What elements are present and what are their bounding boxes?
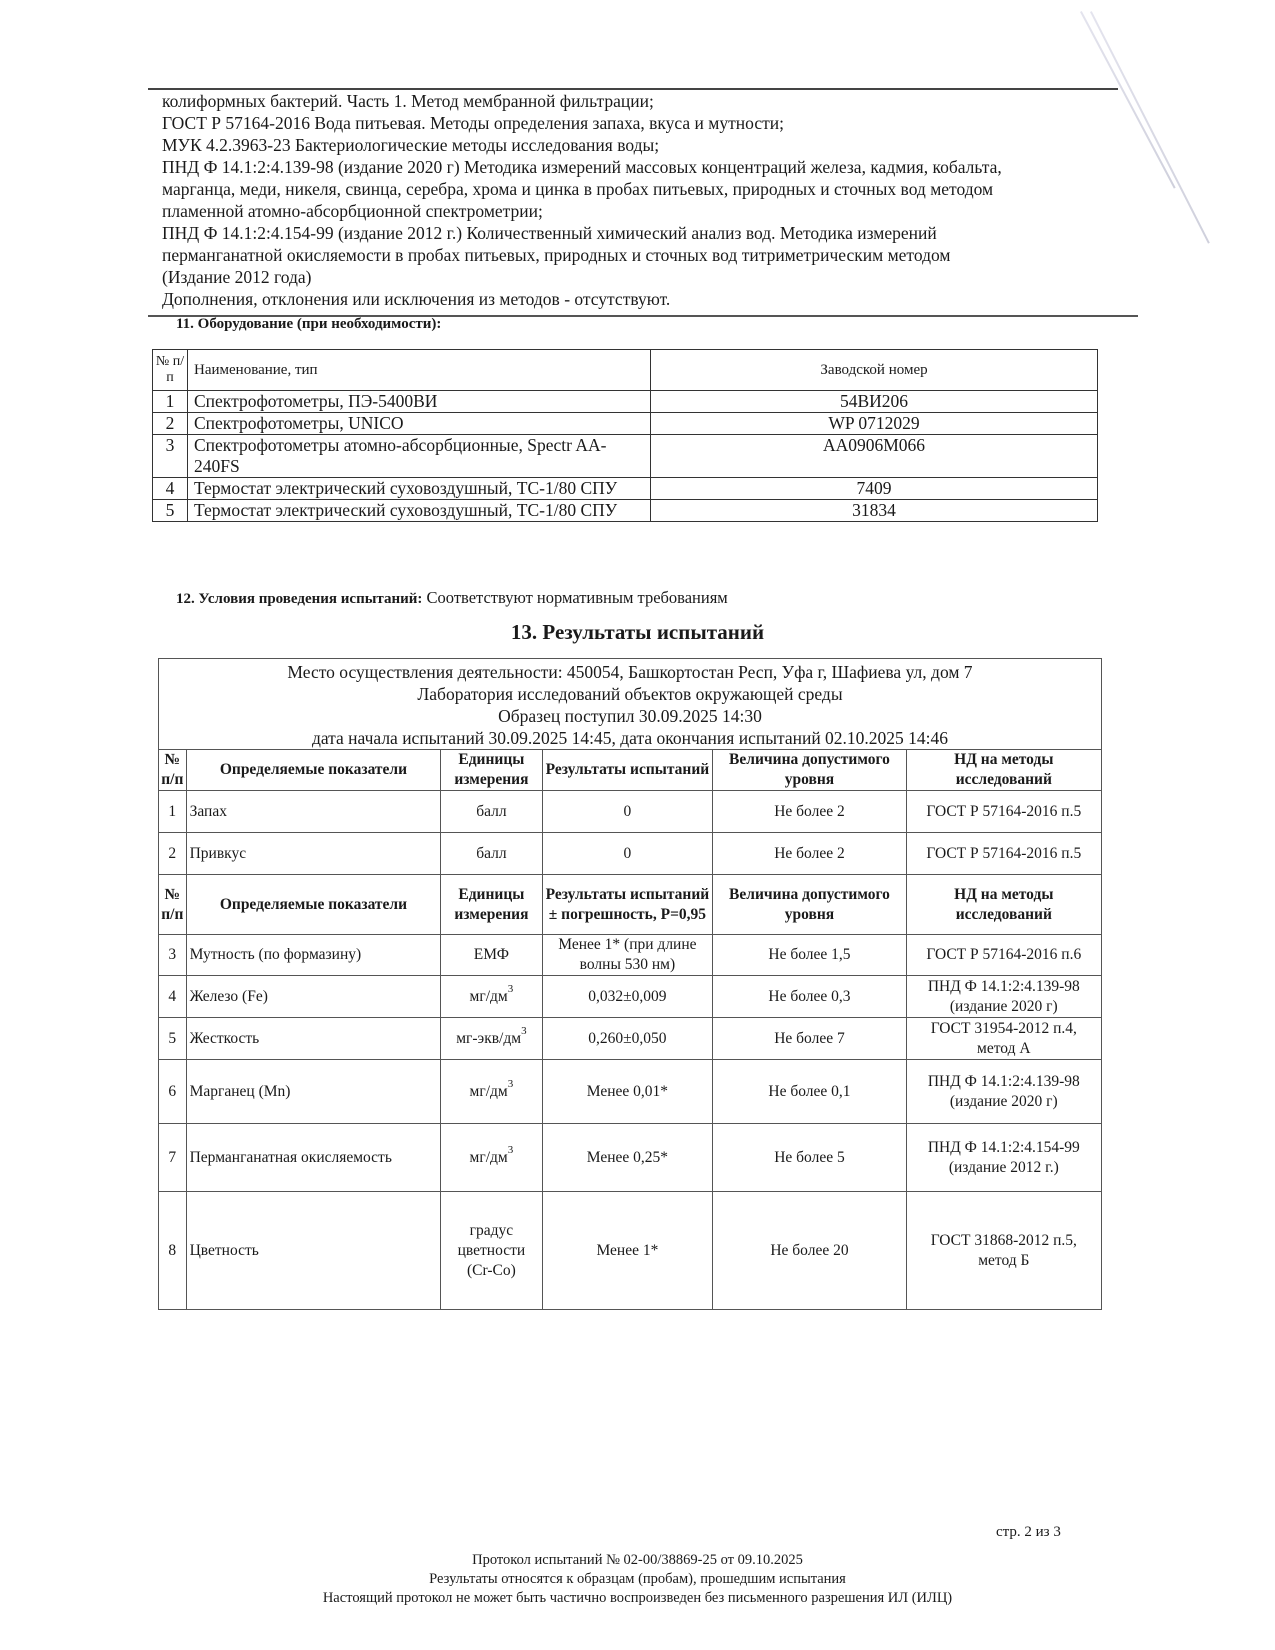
- results-row: 6Марганец (Mn)мг/дм3Менее 0,01*Не более …: [159, 1060, 1102, 1124]
- conditions-label: 12. Условия проведения испытаний:: [176, 591, 422, 607]
- equipment-row-serial: WP 0712029: [651, 413, 1098, 435]
- page-number: стр. 2 из 3: [996, 1524, 1061, 1541]
- results-cell-unit: ЕМФ: [441, 935, 542, 976]
- unit-text: мг/дм: [470, 988, 508, 1005]
- results-header-nd: НД на методы исследований: [906, 750, 1101, 791]
- equipment-row-num: 1: [153, 391, 188, 413]
- results-row: 7Перманганатная окисляемостьмг/дм3Менее …: [159, 1124, 1102, 1192]
- protocol-number: Протокол испытаний № 02-00/38869-25 от 0…: [0, 1551, 1275, 1570]
- results-cell-name: Привкус: [186, 833, 441, 875]
- unit-text: мг-экв/дм: [456, 1030, 521, 1047]
- results-table-body: Место осуществления деятельности: 450054…: [159, 659, 1102, 1310]
- results-header-unit: Единицы измерения: [441, 875, 542, 935]
- results-cell-num: 5: [159, 1018, 187, 1060]
- results-cell-limit: Не более 1,5: [713, 935, 906, 976]
- methods-list: колиформных бактерий. Часть 1. Метод мем…: [162, 90, 1122, 310]
- equipment-row-serial: 7409: [651, 478, 1098, 500]
- page-footer: Протокол испытаний № 02-00/38869-25 от 0…: [0, 1551, 1275, 1608]
- results-cell-unit: балл: [441, 791, 542, 833]
- results-section-title: 13. Результаты испытаний: [0, 620, 1275, 645]
- unit-text: ЕМФ: [474, 946, 509, 963]
- results-header-row: № п/пОпределяемые показателиЕдиницы изме…: [159, 875, 1102, 935]
- results-header-name: Определяемые показатели: [186, 750, 441, 791]
- results-row: 5Жесткостьмг-экв/дм30,260±0,050Не более …: [159, 1018, 1102, 1060]
- results-cell-result: 0: [542, 791, 713, 833]
- footer-note: Результаты относятся к образцам (пробам)…: [0, 1570, 1275, 1589]
- equipment-row-name: Термостат электрический суховоздушный, Т…: [188, 478, 651, 500]
- results-cell-num: 7: [159, 1124, 187, 1192]
- methods-line: ПНД Ф 14.1:2:4.139-98 (издание 2020 г) М…: [162, 156, 1122, 178]
- unit-text: мг/дм: [470, 1083, 508, 1100]
- methods-line: ПНД Ф 14.1:2:4.154-99 (издание 2012 г.) …: [162, 222, 1122, 244]
- results-cell-nd: ГОСТ Р 57164-2016 п.5: [906, 833, 1101, 875]
- equipment-row: 2Спектрофотометры, UNICOWP 0712029: [153, 413, 1098, 435]
- test-dates: дата начала испытаний 30.09.2025 14:45, …: [159, 727, 1101, 749]
- results-info-row: Место осуществления деятельности: 450054…: [159, 659, 1102, 750]
- results-cell-name: Жесткость: [186, 1018, 441, 1060]
- results-cell-nd: ПНД Ф 14.1:2:4.154-99 (издание 2012 г.): [906, 1124, 1101, 1192]
- footer-note: Настоящий протокол не может быть частичн…: [0, 1589, 1275, 1608]
- equipment-section-title: 11. Оборудование (при необходимости):: [176, 316, 441, 333]
- unit-text: градус цветности (Cr-Co): [458, 1222, 526, 1279]
- results-cell-name: Железо (Fe): [186, 976, 441, 1018]
- results-row: 1Запахбалл0Не более 2ГОСТ Р 57164-2016 п…: [159, 791, 1102, 833]
- equipment-table-body: 1Спектрофотометры, ПЭ-5400ВИ54ВИ2062Спек…: [153, 391, 1098, 522]
- equipment-row-name: Спектрофотометры, ПЭ-5400ВИ: [188, 391, 651, 413]
- conditions-line: 12. Условия проведения испытаний: Соотве…: [176, 588, 728, 608]
- equipment-row-num: 3: [153, 435, 188, 478]
- laboratory-name: Лаборатория исследований объектов окружа…: [159, 683, 1101, 705]
- results-cell-result: Менее 0,01*: [542, 1060, 713, 1124]
- results-cell-num: 6: [159, 1060, 187, 1124]
- results-header-unit: Единицы измерения: [441, 750, 542, 791]
- results-cell-unit: мг/дм3: [441, 1124, 542, 1192]
- methods-line: ГОСТ Р 57164-2016 Вода питьевая. Методы …: [162, 112, 1122, 134]
- results-cell-result: 0,260±0,050: [542, 1018, 713, 1060]
- equipment-row: 5Термостат электрический суховоздушный, …: [153, 500, 1098, 522]
- results-info-cell: Место осуществления деятельности: 450054…: [159, 659, 1102, 750]
- results-cell-limit: Не более 0,3: [713, 976, 906, 1018]
- results-cell-result: Менее 1*: [542, 1192, 713, 1310]
- methods-line: пламенной атомно-абсорбционной спектроме…: [162, 200, 1122, 222]
- methods-line: Дополнения, отклонения или исключения из…: [162, 288, 1122, 310]
- results-cell-limit: Не более 2: [713, 791, 906, 833]
- equipment-row-num: 5: [153, 500, 188, 522]
- results-cell-nd: ПНД Ф 14.1:2:4.139-98 (издание 2020 г): [906, 976, 1101, 1018]
- unit-text: балл: [476, 845, 506, 862]
- unit-superscript: 3: [508, 1144, 514, 1156]
- results-cell-limit: Не более 20: [713, 1192, 906, 1310]
- sample-received: Образец поступил 30.09.2025 14:30: [159, 705, 1101, 727]
- results-cell-result: 0,032±0,009: [542, 976, 713, 1018]
- results-cell-name: Марганец (Mn): [186, 1060, 441, 1124]
- results-cell-num: 1: [159, 791, 187, 833]
- results-header-result: Результаты испытаний: [542, 750, 713, 791]
- results-cell-unit: мг/дм3: [441, 1060, 542, 1124]
- results-cell-unit: мг/дм3: [441, 976, 542, 1018]
- results-cell-unit: мг-экв/дм3: [441, 1018, 542, 1060]
- equipment-row-name: Спектрофотометры, UNICO: [188, 413, 651, 435]
- equipment-table: № п/п Наименование, тип Заводской номер …: [152, 349, 1098, 522]
- results-header-name: Определяемые показатели: [186, 875, 441, 935]
- unit-superscript: 3: [521, 1025, 527, 1037]
- activity-location: Место осуществления деятельности: 450054…: [159, 661, 1101, 683]
- results-cell-nd: ГОСТ 31868-2012 п.5, метод Б: [906, 1192, 1101, 1310]
- equipment-row-num: 4: [153, 478, 188, 500]
- results-cell-num: 3: [159, 935, 187, 976]
- results-table: Место осуществления деятельности: 450054…: [158, 658, 1102, 1310]
- results-cell-nd: ГОСТ Р 57164-2016 п.5: [906, 791, 1101, 833]
- results-cell-num: 2: [159, 833, 187, 875]
- results-cell-result: Менее 1* (при длине волны 530 нм): [542, 935, 713, 976]
- unit-superscript: 3: [508, 1078, 514, 1090]
- equipment-row: 4Термостат электрический суховоздушный, …: [153, 478, 1098, 500]
- results-header-limit: Величина допустимого уровня: [713, 750, 906, 791]
- results-cell-name: Цветность: [186, 1192, 441, 1310]
- methods-line: марганца, меди, никеля, свинца, серебра,…: [162, 178, 1122, 200]
- results-row: 8Цветностьградус цветности (Cr-Co)Менее …: [159, 1192, 1102, 1310]
- results-row: 4Железо (Fe)мг/дм30,032±0,009Не более 0,…: [159, 976, 1102, 1018]
- results-header-num: № п/п: [159, 750, 187, 791]
- results-cell-nd: ГОСТ Р 57164-2016 п.6: [906, 935, 1101, 976]
- equipment-row-serial: 54ВИ206: [651, 391, 1098, 413]
- results-row: 3Мутность (по формазину)ЕМФМенее 1* (при…: [159, 935, 1102, 976]
- methods-line: МУК 4.2.3963-23 Бактериологические метод…: [162, 134, 1122, 156]
- results-cell-num: 4: [159, 976, 187, 1018]
- equipment-row-num: 2: [153, 413, 188, 435]
- unit-text: балл: [476, 803, 506, 820]
- equipment-header-row: № п/п Наименование, тип Заводской номер: [153, 350, 1098, 391]
- equipment-header-num: № п/п: [153, 350, 188, 391]
- results-header-num: № п/п: [159, 875, 187, 935]
- equipment-header-name: Наименование, тип: [188, 350, 651, 391]
- equipment-row: 1Спектрофотометры, ПЭ-5400ВИ54ВИ206: [153, 391, 1098, 413]
- results-cell-name: Перманганатная окисляемость: [186, 1124, 441, 1192]
- results-cell-limit: Не более 5: [713, 1124, 906, 1192]
- results-header-row: № п/пОпределяемые показателиЕдиницы изме…: [159, 750, 1102, 791]
- results-cell-nd: ГОСТ 31954-2012 п.4, метод А: [906, 1018, 1101, 1060]
- results-row: 2Привкусбалл0Не более 2ГОСТ Р 57164-2016…: [159, 833, 1102, 875]
- equipment-row: 3Спектрофотометры атомно-абсорбционные, …: [153, 435, 1098, 478]
- results-header-result: Результаты испытаний ± погрешность, P=0,…: [542, 875, 713, 935]
- results-cell-result: 0: [542, 833, 713, 875]
- results-cell-limit: Не более 2: [713, 833, 906, 875]
- results-cell-result: Менее 0,25*: [542, 1124, 713, 1192]
- results-cell-nd: ПНД Ф 14.1:2:4.139-98 (издание 2020 г): [906, 1060, 1101, 1124]
- equipment-header-serial: Заводской номер: [651, 350, 1098, 391]
- results-cell-name: Запах: [186, 791, 441, 833]
- conditions-value: Соответствуют нормативным требованиям: [427, 588, 728, 607]
- unit-superscript: 3: [508, 983, 514, 995]
- results-header-nd: НД на методы исследований: [906, 875, 1101, 935]
- results-cell-num: 8: [159, 1192, 187, 1310]
- results-cell-limit: Не более 7: [713, 1018, 906, 1060]
- methods-line: колиформных бактерий. Часть 1. Метод мем…: [162, 90, 1122, 112]
- results-cell-unit: балл: [441, 833, 542, 875]
- results-header-limit: Величина допустимого уровня: [713, 875, 906, 935]
- equipment-row-name: Спектрофотометры атомно-абсорбционные, S…: [188, 435, 651, 478]
- equipment-row-serial: AA0906M066: [651, 435, 1098, 478]
- methods-line: (Издание 2012 года): [162, 266, 1122, 288]
- results-cell-limit: Не более 0,1: [713, 1060, 906, 1124]
- equipment-row-serial: 31834: [651, 500, 1098, 522]
- unit-text: мг/дм: [470, 1149, 508, 1166]
- results-cell-unit: градус цветности (Cr-Co): [441, 1192, 542, 1310]
- results-cell-name: Мутность (по формазину): [186, 935, 441, 976]
- methods-line: перманганатной окисляемости в пробах пит…: [162, 244, 1122, 266]
- equipment-row-name: Термостат электрический суховоздушный, Т…: [188, 500, 651, 522]
